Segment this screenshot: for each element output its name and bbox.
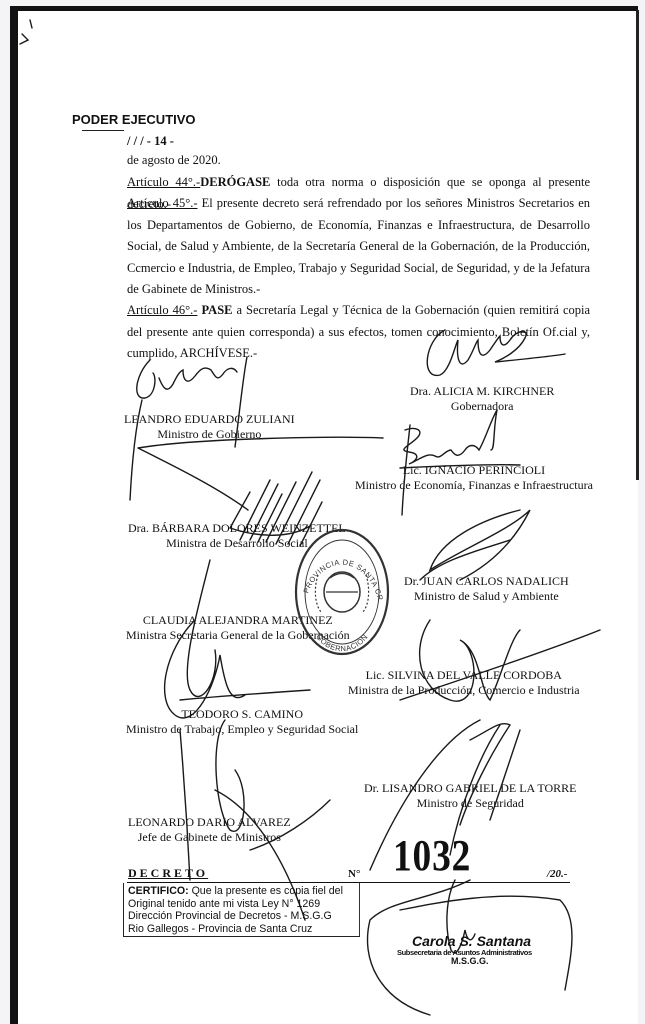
cert-heading: CERTIFICO: (128, 885, 189, 897)
cert-line-1: CERTIFICO: Que la presente es copia fiel… (128, 885, 355, 898)
signatory-title: Ministra Secretaria General de la Gobern… (126, 628, 350, 643)
decree-number: 1032 (393, 830, 471, 881)
signatory-secretaria-general: CLAUDIA ALEJANDRA MARTINEZ Ministra Secr… (126, 613, 350, 643)
cert-line-4: Rio Gallegos - Provincia de Santa Cruz (128, 923, 355, 936)
article-label: Artículo 45°.- (127, 196, 198, 210)
decree-year: /20.- (547, 868, 567, 880)
signatory-title: Ministro de Salud y Ambiente (404, 589, 569, 604)
signatory-desarrollo-social: Dra. BÁRBARA DOLORES WEINZETTEL Ministra… (128, 521, 346, 551)
page-marker: / / / - 14 - (127, 134, 174, 149)
article-keyword: PASE (201, 303, 232, 317)
signatory-title: Ministra de Desarrollo Social (128, 536, 346, 551)
certification-box: CERTIFICO: Que la presente es copia fiel… (123, 883, 360, 937)
article-keyword: DERÓGASE (200, 175, 270, 189)
article-label: Artículo 44°.- (127, 175, 200, 189)
signatory-title: Ministro de Gobierno (124, 427, 295, 442)
signatory-gobierno: LEANDRO EDUARDO ZULIANI Ministro de Gobi… (124, 412, 295, 442)
signatory-name: TEODORO S. CAMINO (126, 707, 358, 722)
article-45: Artículo 45°.- El presente decreto será … (127, 193, 590, 301)
article-text: El presente decreto será refrendado por … (127, 196, 590, 296)
signatory-name: Dr. LISANDRO GABRIEL DE LA TORRE (364, 781, 576, 796)
stamp-org: M.S.G.G. (451, 956, 489, 966)
office-header: PODER EJECUTIVO (72, 112, 196, 127)
signatory-name: LEONARDO DARIO ALVAREZ (128, 815, 291, 830)
signatory-seguridad: Dr. LISANDRO GABRIEL DE LA TORRE Ministr… (364, 781, 576, 811)
signatory-title: Gobernadora (410, 399, 554, 414)
signatory-name: Dra. BÁRBARA DOLORES WEINZETTEL (128, 521, 346, 536)
signatory-trabajo: TEODORO S. CAMINO Ministro de Trabajo, E… (126, 707, 358, 737)
signatory-jefatura: LEONARDO DARIO ALVAREZ Jefe de Gabinete … (128, 815, 291, 845)
signatory-title: Ministra de la Producción, Comercio e In… (348, 683, 580, 698)
signatory-name: Dr. JUAN CARLOS NADALICH (404, 574, 569, 589)
page-edge (636, 10, 639, 480)
signatory-name: Lic. IGNACIO PERINCIOLI (355, 463, 593, 478)
article-label: Artículo 46°.- (127, 303, 197, 317)
signatory-name: LEANDRO EDUARDO ZULIANI (124, 412, 295, 427)
cert-line-2: Original tenido ante mi vista Ley N° 126… (128, 898, 355, 911)
signatory-name: Dra. ALICIA M. KIRCHNER (410, 384, 554, 399)
signatory-title: Ministro de Economía, Finanzas e Infraes… (355, 478, 593, 493)
signatory-name: CLAUDIA ALEJANDRA MARTINEZ (126, 613, 350, 628)
stamp-name: Carola S. Santana (412, 933, 531, 949)
signatory-produccion: Lic. SILVINA DEL VALLE CORDOBA Ministra … (348, 668, 580, 698)
decree-label: DECRETO (128, 866, 208, 881)
signatory-salud: Dr. JUAN CARLOS NADALICH Ministro de Sal… (404, 574, 569, 604)
article-46: Artículo 46°.- PASE a Secretaría Legal y… (127, 300, 590, 365)
decree-number-label: N° (348, 868, 360, 880)
signatory-name: Lic. SILVINA DEL VALLE CORDOBA (348, 668, 580, 683)
article-text: a Secretaría Legal y Técnica de la Gober… (127, 303, 590, 360)
signatory-economia: Lic. IGNACIO PERINCIOLI Ministro de Econ… (355, 463, 593, 493)
date-line: de agosto de 2020. (127, 150, 590, 172)
signatory-title: Jefe de Gabinete de Ministros (128, 830, 291, 845)
header-rule (82, 130, 124, 131)
signatory-title: Ministro de Trabajo, Empleo y Seguridad … (126, 722, 358, 737)
signatory-title: Ministro de Seguridad (364, 796, 576, 811)
signatory-governor: Dra. ALICIA M. KIRCHNER Gobernadora (410, 384, 554, 414)
cert-line-3: Dirección Provincial de Decretos - M.S.G… (128, 910, 355, 923)
